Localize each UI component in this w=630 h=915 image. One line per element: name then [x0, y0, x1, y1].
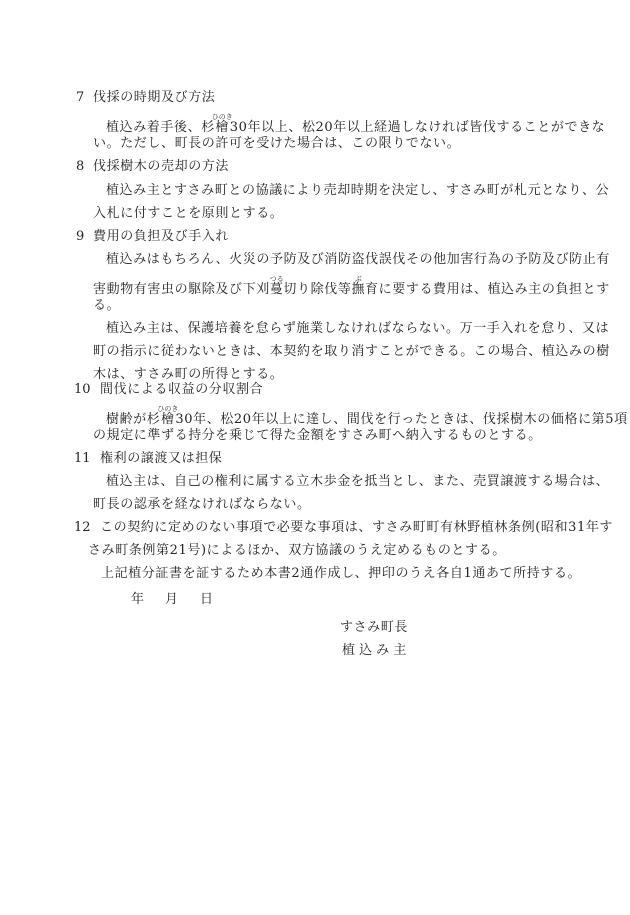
- signature-mayor: すさみ町長: [340, 620, 408, 636]
- body-line: の規定に準ずる持分を乗じて得た金額をすさみ町へ納入するものとする。: [93, 428, 542, 444]
- section-heading: 費用の負担及び手入れ: [93, 229, 229, 245]
- ruby-annotation: 撫ぶ: [351, 282, 365, 297]
- ruby-annotation: 檜ひのき: [215, 120, 230, 135]
- body-line: 木は、すさみ町の所得とする。: [93, 367, 283, 383]
- body-line: 植込主は、自己の権利に属する立木歩金を抵当とし、また、売買譲渡する場合は、: [106, 474, 609, 490]
- body-line: さみ町条例第21号)によるほか、双方協議のうえ定めるものとする。: [88, 543, 506, 559]
- body-line: 植込み主は、保護培養を怠らず施業しなければならない。万一手入れを怠り、又は: [106, 321, 609, 337]
- closing-statement: 上記植分証書を証するため本書2通作成し、押印のうえ各自1通あて所持する。: [101, 566, 581, 582]
- section-heading: 権利の譲渡又は担保: [100, 451, 222, 467]
- body-line: 植込み着手後、杉檜ひのき30年以上、松20年以上経過しなければ皆伐することができ…: [106, 113, 605, 136]
- body-line: 樹齢が杉檜ひのき30年、松20年以上に達し、間伐を行ったときは、伐採樹木の価格に…: [106, 405, 628, 428]
- body-line: 町長の認承を経なければならない。: [93, 497, 311, 513]
- signature-planter: 植 込 み 主: [342, 643, 406, 659]
- body-line: い。ただし、町長の許可を受けた場合は、この限りでない。: [93, 136, 460, 152]
- ruby-annotation: 蔓つる: [270, 282, 284, 297]
- body-line: 植込み主とすさみ町との協議により売却時期を決定し、すさみ町が札元となり、公: [106, 183, 609, 199]
- section-number: 9: [76, 229, 84, 245]
- ruby-annotation: 檜ひのき: [160, 412, 175, 427]
- section-heading: この契約に定めのない事項で必要な事項は、すさみ町町有林野植林条例(昭和31年す: [100, 520, 613, 536]
- date-month: 月: [165, 592, 179, 608]
- body-line: 町の指示に従わないときは、本契約を取り消すことができる。この場合、植込みの樹: [93, 344, 610, 360]
- section-heading: 間伐による収益の分収割合: [100, 382, 263, 398]
- date-year: 年: [131, 592, 145, 608]
- body-line: 害動物有害虫の駆除及び下刈蔓つる切り除伐等撫ぶ育に要する費用は、植込み主の負担と…: [93, 275, 610, 298]
- body-line: 植込みはもちろん、火災の予防及び消防盗伐誤伐その他加害行為の予防及び防止有: [106, 252, 610, 268]
- section-number: 11: [74, 451, 91, 467]
- section-number: 12: [74, 520, 91, 536]
- body-line: る。: [93, 298, 120, 314]
- section-number: 10: [74, 382, 91, 398]
- section-heading: 伐採樹木の売却の方法: [93, 159, 229, 175]
- section-number: 7: [76, 90, 84, 106]
- body-line: 入札に付すことを原則とする。: [93, 206, 283, 222]
- section-heading: 伐採の時期及び方法: [93, 90, 215, 106]
- date-day: 日: [200, 592, 214, 608]
- section-number: 8: [76, 159, 84, 175]
